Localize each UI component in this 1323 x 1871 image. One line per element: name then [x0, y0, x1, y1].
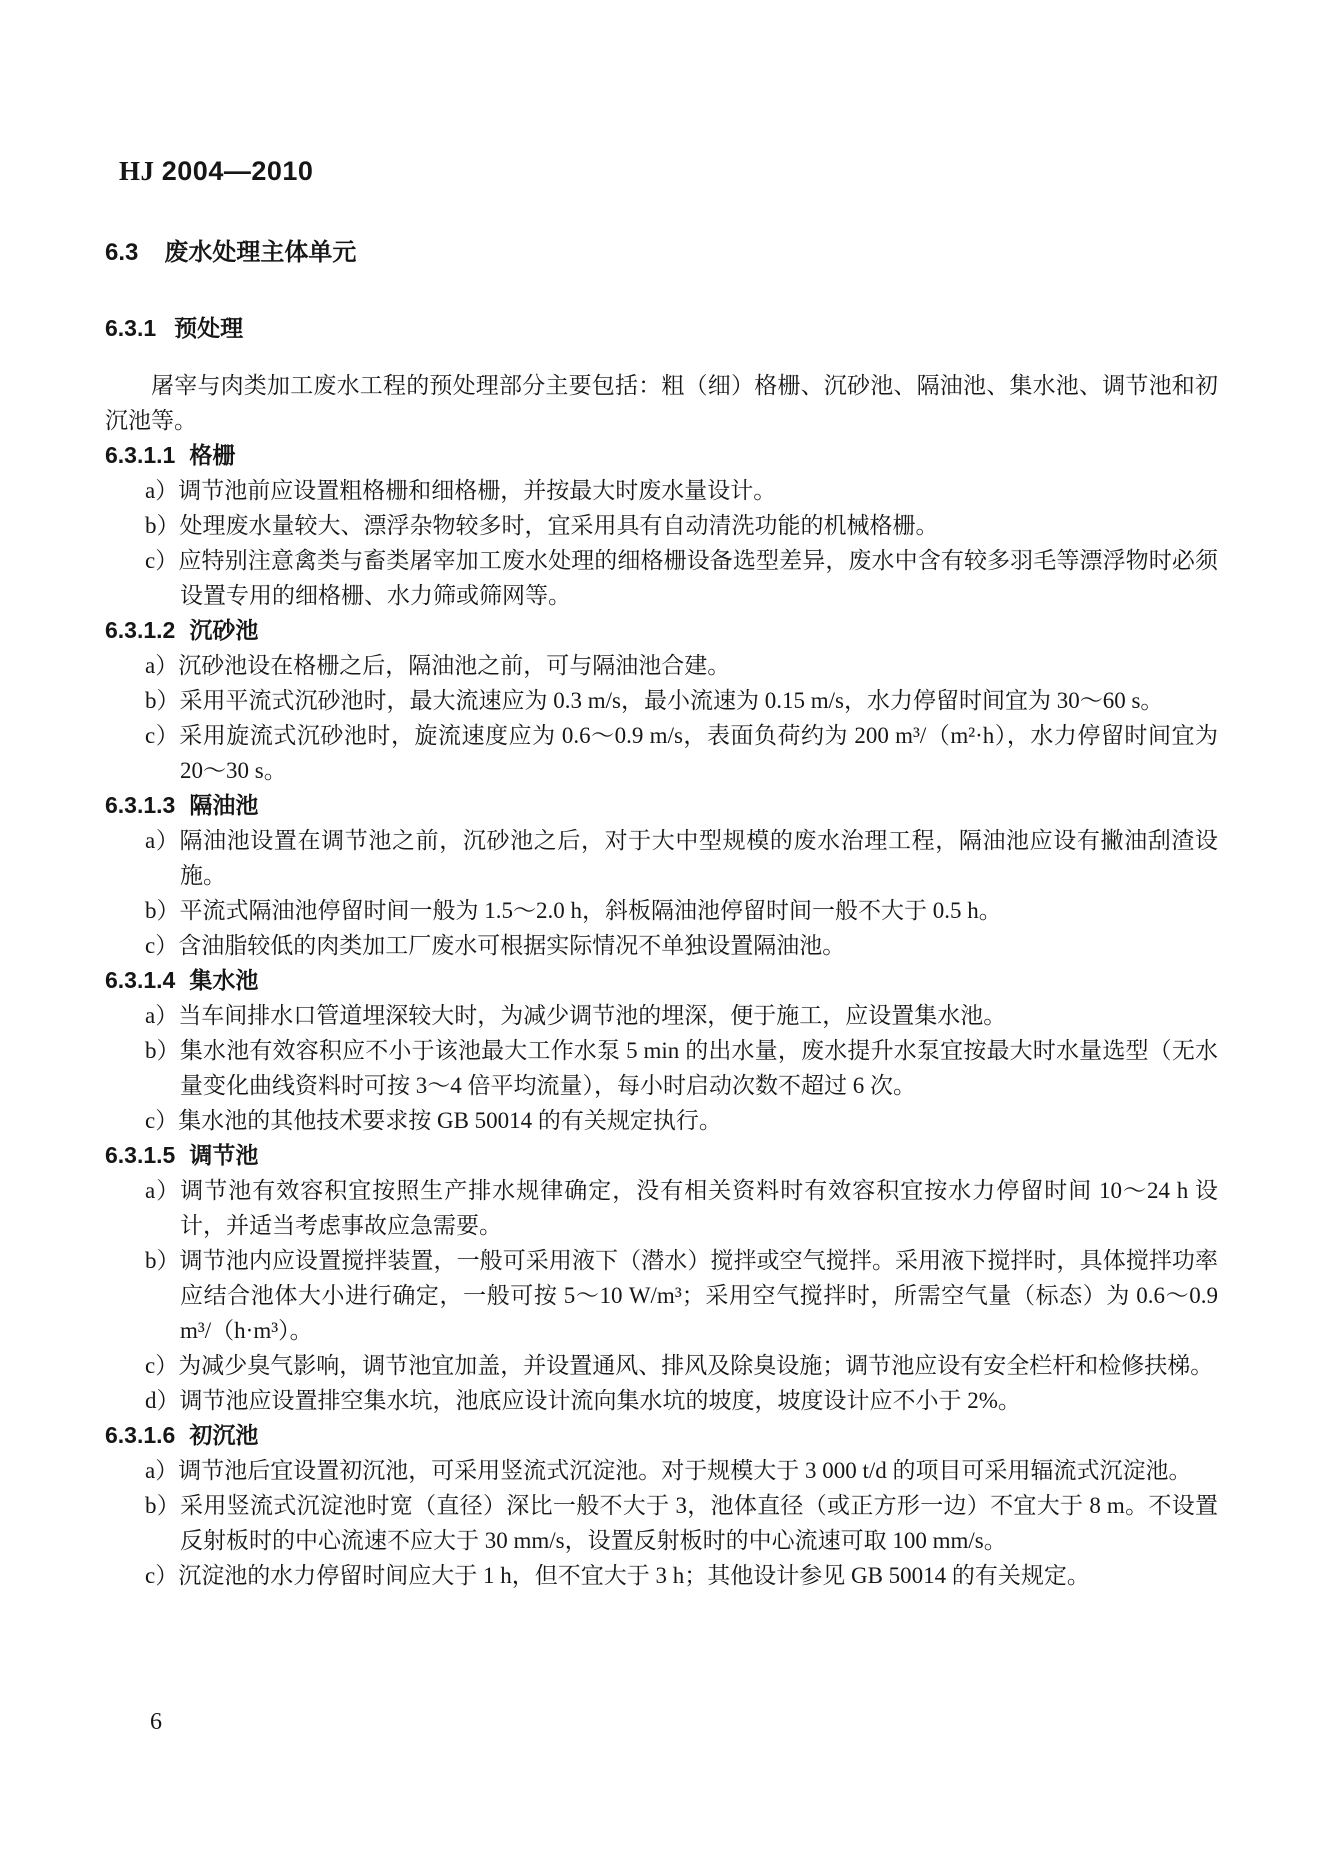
list-item: c）采用旋流式沉砂池时，旋流速度应为 0.6～0.9 m/s，表面负荷约为 20… [105, 718, 1218, 788]
list-item-label: b） [145, 1038, 180, 1063]
clause-heading: 6.3.1.2沉砂池 [105, 613, 1218, 648]
list-item-text: 调节池内应设置搅拌装置，一般可采用液下（潜水）搅拌或空气搅拌。采用液下搅拌时，具… [180, 1248, 1218, 1343]
clause-number: 6.3.1.2 [105, 617, 175, 643]
list-item-text: 采用平流式沉砂池时，最大流速应为 0.3 m/s，最小流速为 0.15 m/s，… [180, 688, 1164, 713]
subsection-title: 预处理 [174, 315, 243, 341]
clause-title: 调节池 [189, 1142, 258, 1168]
list-item-text: 调节池后宜设置初沉池，可采用竖流式沉淀池。对于规模大于 3 000 t/d 的项… [178, 1458, 1191, 1483]
list-item-label: c） [145, 933, 178, 958]
clause-number: 6.3.1.3 [105, 792, 175, 818]
list-item: b）采用平流式沉砂池时，最大流速应为 0.3 m/s，最小流速为 0.15 m/… [105, 683, 1218, 718]
list-item-text: 当车间排水口管道埋深较大时，为减少调节池的埋深，便于施工，应设置集水池。 [178, 1003, 1006, 1028]
list-item: b）处理废水量较大、漂浮杂物较多时，宜采用具有自动清洗功能的机械格栅。 [105, 508, 1218, 543]
list-item-label: c） [145, 723, 179, 748]
list-item-label: a） [145, 828, 179, 853]
clause-heading: 6.3.1.3隔油池 [105, 788, 1218, 823]
list-item-text: 调节池应设置排空集水坑，池底应设计流向集水坑的坡度，坡度设计应不小于 2%。 [180, 1388, 1021, 1413]
list-item-label: c） [145, 1353, 178, 1378]
list-item-text: 调节池有效容积宜按照生产排水规律确定，没有相关资料时有效容积宜按水力停留时间 1… [180, 1178, 1218, 1238]
list-item-label: c） [145, 1563, 178, 1588]
subsection-heading: 6.3.1预处理 [105, 314, 1218, 342]
list-item-text: 集水池有效容积应不小于该池最大工作水泵 5 min 的出水量，废水提升水泵宜按最… [180, 1038, 1218, 1098]
list-item-label: b） [145, 1248, 180, 1273]
section-title: 废水处理主体单元 [164, 239, 356, 266]
list-item-text: 沉砂池设在格栅之后，隔油池之前，可与隔油池合建。 [178, 653, 730, 678]
list-item: c）应特别注意禽类与畜类屠宰加工废水处理的细格栅设备选型差异，废水中含有较多羽毛… [105, 543, 1218, 613]
list-item-text: 处理废水量较大、漂浮杂物较多时，宜采用具有自动清洗功能的机械格栅。 [180, 513, 939, 538]
clause-title: 初沉池 [189, 1422, 258, 1448]
list-item-text: 隔油池设置在调节池之前，沉砂池之后，对于大中型规模的废水治理工程，隔油池应设有撇… [179, 828, 1218, 888]
list-item-text: 集水池的其他技术要求按 GB 50014 的有关规定执行。 [178, 1108, 722, 1133]
clause-title: 集水池 [189, 967, 258, 993]
list-item-text: 应特别注意禽类与畜类屠宰加工废水处理的细格栅设备选型差异，废水中含有较多羽毛等漂… [178, 548, 1218, 608]
list-item-label: c） [145, 1108, 178, 1133]
list-item: d）调节池应设置排空集水坑，池底应设计流向集水坑的坡度，坡度设计应不小于 2%。 [105, 1383, 1218, 1418]
list-item: a）调节池后宜设置初沉池，可采用竖流式沉淀池。对于规模大于 3 000 t/d … [105, 1453, 1218, 1488]
list-item-label: c） [145, 548, 178, 573]
section-number: 6.3 [105, 239, 138, 266]
clause-title: 格栅 [189, 442, 235, 468]
list-item-label: a） [145, 1003, 178, 1028]
list-item-label: b） [145, 513, 180, 538]
list-item: a）调节池前应设置粗格栅和细格栅，并按最大时废水量设计。 [105, 473, 1218, 508]
list-item: a）隔油池设置在调节池之前，沉砂池之后，对于大中型规模的废水治理工程，隔油池应设… [105, 823, 1218, 893]
list-item: c）含油脂较低的肉类加工厂废水可根据实际情况不单独设置隔油池。 [105, 928, 1218, 963]
list-item: b）集水池有效容积应不小于该池最大工作水泵 5 min 的出水量，废水提升水泵宜… [105, 1033, 1218, 1103]
clause-heading: 6.3.1.1格栅 [105, 438, 1218, 473]
subsection-number: 6.3.1 [105, 315, 156, 341]
list-item-text: 采用旋流式沉砂池时，旋流速度应为 0.6～0.9 m/s，表面负荷约为 200 … [179, 723, 1218, 783]
list-item-label: b） [145, 898, 180, 923]
clause-heading: 6.3.1.5调节池 [105, 1138, 1218, 1173]
clause-title: 隔油池 [189, 792, 258, 818]
list-item-label: b） [145, 1493, 180, 1518]
list-item: b）平流式隔油池停留时间一般为 1.5～2.0 h，斜板隔油池停留时间一般不大于… [105, 893, 1218, 928]
clause-title: 沉砂池 [189, 617, 258, 643]
list-item: c）为减少臭气影响，调节池宜加盖，并设置通风、排风及除臭设施；调节池应设有安全栏… [105, 1348, 1218, 1383]
standard-prefix: HJ [119, 156, 155, 186]
list-item: b）调节池内应设置搅拌装置，一般可采用液下（潜水）搅拌或空气搅拌。采用液下搅拌时… [105, 1243, 1218, 1348]
list-item: a）调节池有效容积宜按照生产排水规律确定，没有相关资料时有效容积宜按水力停留时间… [105, 1173, 1218, 1243]
list-item-label: d） [145, 1388, 180, 1413]
list-item: a）当车间排水口管道埋深较大时，为减少调节池的埋深，便于施工，应设置集水池。 [105, 998, 1218, 1033]
document-page: HJ 2004—2010 6.3废水处理主体单元 6.3.1预处理 屠宰与肉类加… [0, 0, 1323, 1871]
list-item-label: a） [145, 478, 178, 503]
list-item-text: 为减少臭气影响，调节池宜加盖，并设置通风、排风及除臭设施；调节池应设有安全栏杆和… [178, 1353, 1213, 1378]
clause-heading: 6.3.1.6初沉池 [105, 1418, 1218, 1453]
document-code-header: HJ 2004—2010 [119, 156, 1218, 186]
clause-number: 6.3.1.6 [105, 1422, 175, 1448]
list-item-text: 含油脂较低的肉类加工厂废水可根据实际情况不单独设置隔油池。 [178, 933, 845, 958]
clause-heading: 6.3.1.4集水池 [105, 963, 1218, 998]
list-item-label: a） [145, 653, 178, 678]
list-item: c）沉淀池的水力停留时间应大于 1 h，但不宜大于 3 h；其他设计参见 GB … [105, 1558, 1218, 1593]
list-item-text: 采用竖流式沉淀池时宽（直径）深比一般不大于 3，池体直径（或正方形一边）不宜大于… [180, 1493, 1218, 1553]
page-number: 6 [150, 1705, 162, 1740]
list-item-text: 沉淀池的水力停留时间应大于 1 h，但不宜大于 3 h；其他设计参见 GB 50… [178, 1563, 1090, 1588]
list-item: b）采用竖流式沉淀池时宽（直径）深比一般不大于 3，池体直径（或正方形一边）不宜… [105, 1488, 1218, 1558]
list-item-text: 平流式隔油池停留时间一般为 1.5～2.0 h，斜板隔油池停留时间一般不大于 0… [180, 898, 1002, 923]
list-item-text: 调节池前应设置粗格栅和细格栅，并按最大时废水量设计。 [178, 478, 776, 503]
list-item: a）沉砂池设在格栅之后，隔油池之前，可与隔油池合建。 [105, 648, 1218, 683]
clause-number: 6.3.1.1 [105, 442, 175, 468]
standard-code: 2004—2010 [162, 156, 314, 186]
intro-paragraph: 屠宰与肉类加工废水工程的预处理部分主要包括：粗（细）格栅、沉砂池、隔油池、集水池… [105, 368, 1218, 438]
section-heading: 6.3废水处理主体单元 [105, 238, 1218, 268]
clause-number: 6.3.1.5 [105, 1142, 175, 1168]
clause-number: 6.3.1.4 [105, 967, 175, 993]
list-item-label: b） [145, 688, 180, 713]
list-item: c）集水池的其他技术要求按 GB 50014 的有关规定执行。 [105, 1103, 1218, 1138]
list-item-label: a） [145, 1458, 178, 1483]
list-item-label: a） [145, 1178, 180, 1203]
